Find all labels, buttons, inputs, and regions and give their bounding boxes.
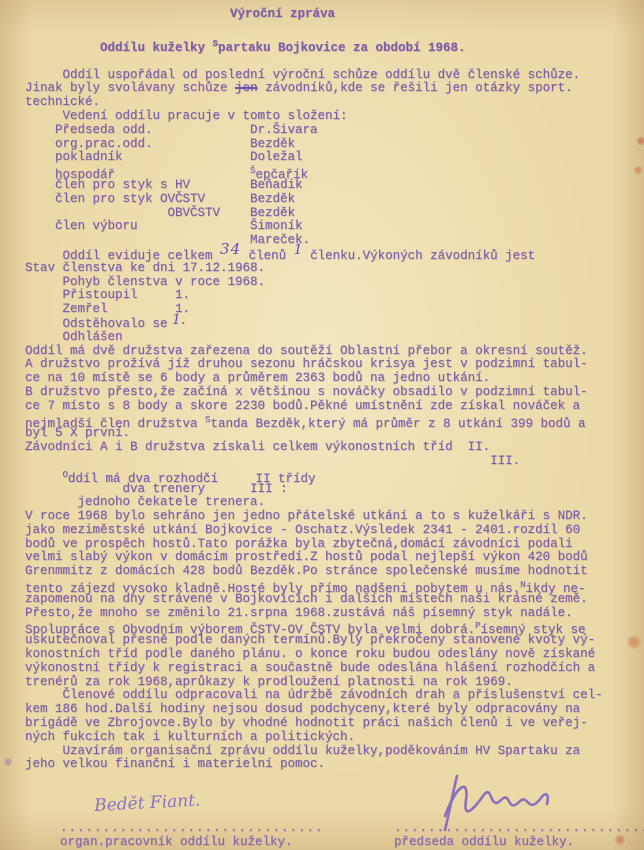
paragraph-line: Přesto,že mnoho se změnilo 21.srpna 1968…: [25, 607, 603, 621]
chairman-signature-block: ..................................... př…: [394, 770, 644, 850]
paragraph-line: uskutečnoval přesně podle daných termínů…: [25, 634, 603, 648]
paragraph-line: zapomenou na dny strávené v Bojkovicích …: [25, 593, 603, 607]
typed-text-block: Výroční zpráva Oddílu kuželky Spartaku B…: [0, 8, 603, 772]
paragraph-line: ce na 10 místě se 6 body a průměrem 2363…: [25, 372, 603, 386]
referees-line: Oddíl má dva rozhodčí II třídy: [25, 469, 603, 483]
membership-row: Odhlášen: [25, 331, 603, 345]
text-run: Odstěhovalo se: [25, 317, 190, 331]
text-run: tanda Bezděk,který má průměr z 8 utkání …: [210, 417, 585, 431]
subtitle-text: partaku Bojkovice za období 1968.: [218, 41, 466, 55]
handwritten-count: 1.: [172, 312, 185, 328]
paragraph-line: tento zájezd vysoko kladně.Hosté byly př…: [25, 579, 603, 593]
text-run: Jinak byly svolávany schůze: [25, 81, 235, 95]
paragraph-line: výkonostní třídy k registraci a součastn…: [25, 662, 603, 676]
committee-row: člen pro styk s HV Beňadik: [25, 179, 603, 193]
committee-row: Předseda odd. Dr.Šivara: [25, 124, 603, 138]
signature-dotted-line: ...............................: [60, 822, 340, 834]
committee-row: Mareček.: [25, 234, 603, 248]
paragraph-line: technické.: [25, 96, 603, 110]
page-title: Výroční zpráva: [230, 8, 603, 22]
org-worker-handwritten-signature: Bedět Fiant.: [94, 783, 340, 820]
signature-row: Bedět Fiant. ...........................…: [0, 782, 644, 850]
membership-row: Odstěhovalo se 1.: [25, 317, 603, 331]
paragraph-line: V roce 1968 bylo sehráno jen jedno přáte…: [25, 510, 603, 524]
scanned-document-page: Výroční zpráva Oddílu kuželky Spartaku B…: [0, 0, 644, 850]
chairman-caption: předseda oddílu kuželky.: [394, 834, 644, 850]
paragraph-line: Jinak byly svolávany schůze jen závodník…: [25, 82, 603, 96]
struck-word: jen: [235, 81, 258, 95]
paragraph-line: ce 7 místo s 8 body a skore 2230 bodů.Pě…: [25, 400, 603, 414]
document-subtitle: Oddílu kuželky Spartaku Bojkovice za obd…: [100, 38, 603, 52]
paragraph-line: brigádě ve Zbrojovce.Bylo by vhodné hodn…: [25, 717, 603, 731]
handwritten-member-count: 34: [220, 240, 241, 258]
committee-row: člen pro styk OVČSTV Bezděk: [25, 193, 603, 207]
committee-row: hospodář Šepčařík: [25, 165, 603, 179]
paragraph-line: Grenmmitz z domácích 428 bodů Bezděk.Po …: [25, 565, 603, 579]
handwritten-count: 1: [294, 242, 303, 258]
paragraph-line: ných fukcích tak i kulturních a politick…: [25, 731, 603, 745]
spacer: [25, 22, 603, 38]
membership-date-line: Stav členstva ke dni 17.12.1968.: [25, 262, 603, 276]
membership-row: Zemřel 1.: [25, 303, 603, 317]
committee-row: pokladník Doležal: [25, 151, 603, 165]
membership-total-line: Oddíl eviduje celkem 34 členů 1 členku.V…: [25, 248, 603, 262]
org-worker-caption: organ.pracovník oddílu kuželky.: [60, 834, 340, 850]
text-run: závodníků,kde se řešili jen otázky sport…: [258, 81, 573, 95]
paragraph-line: III.: [25, 455, 603, 469]
signature-dotted-line: .....................................: [394, 822, 644, 834]
committee-heading: Vedení oddílu pracuje v tomto složení:: [25, 110, 603, 124]
paragraph-line: kem 186 hod.Další hodiny nejsou dosud po…: [25, 703, 603, 717]
text-run: členku.Výkoných závodníků jest: [303, 249, 536, 263]
paragraph-line: jako meziměstské utkání Bojkovice - Osch…: [25, 524, 603, 538]
paragraph-line: konostních tříd podle daného plánu. o ko…: [25, 648, 603, 662]
paragraph-line: Závodníci A i B družstva získali celkem …: [25, 441, 603, 455]
subtitle-text: Oddílu kuželky: [100, 41, 213, 55]
org-worker-signature-block: Bedět Fiant. ...........................…: [60, 796, 340, 850]
paragraph-line: B družstvo přesto,že začíná x většinou s…: [25, 386, 603, 400]
